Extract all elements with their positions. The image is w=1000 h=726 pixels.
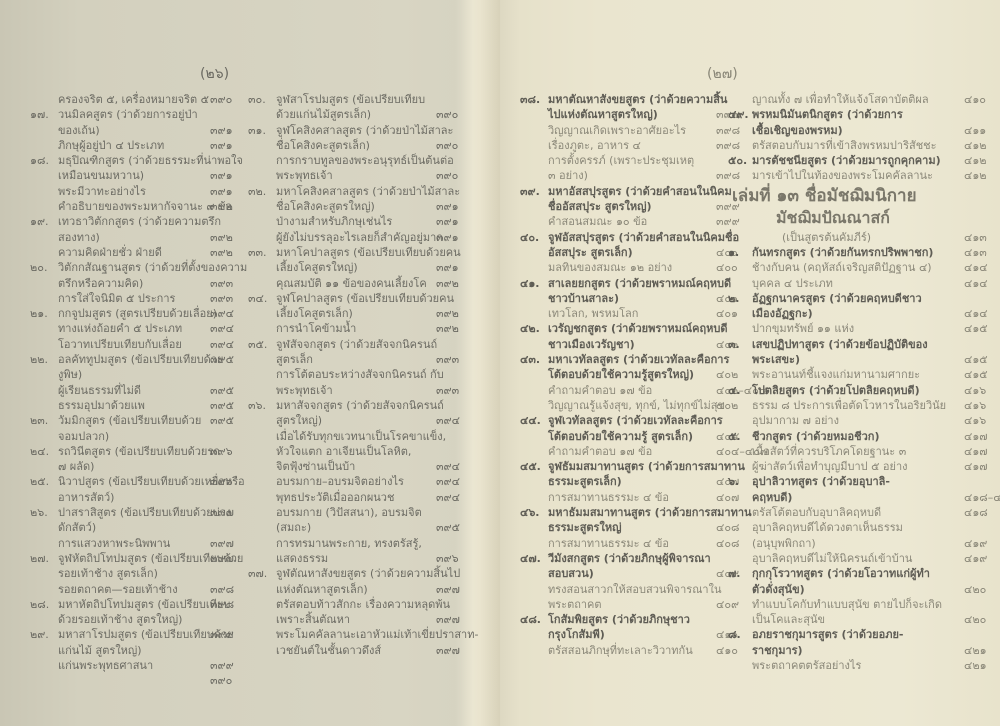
entry-title: เมื่อได้รับทุกขเวทนาเป็นโรคขาแข็ง,	[276, 429, 446, 444]
entry-title: คำถามคำตอบ ๑๗ ข้อ	[548, 444, 652, 459]
entry-number: ๓๗.	[248, 566, 267, 581]
entry-title: กุกกุโรวาทสูตร (ว่าด้วยโอวาทแก่ผู้ทำ	[752, 566, 930, 581]
entry-title: การสมาทานธรรมะ ๔ ข้อ	[548, 490, 669, 505]
toc-entry: ชื่อโคสิงคะสูตรใหญ่)๓๙๑	[248, 199, 463, 214]
toc-entry: พระเสขะ)๔๑๕	[728, 352, 943, 367]
entry-page-ref: ๓๙๐	[436, 107, 458, 122]
entry-title: อภยราชกุมารสูตร (ว่าด้วยอภย-	[752, 627, 903, 642]
entry-page-ref: ๓๙๒	[436, 321, 459, 336]
toc-entry: ๔๙.พรหมนิมันตนิกสูตร (ว่าด้วยการ	[728, 107, 943, 122]
entry-number: ๔๖.	[520, 505, 540, 520]
toc-entry: ๑๘.มธุปิณฑิกสูตร (ว่าด้วยธรรมะที่น่าพอใจ	[30, 153, 240, 168]
entry-page-ref: ๔๑๔	[964, 306, 988, 321]
toc-entry: คำถามคำตอบ ๑๗ ข้อ๔๐๒–๔๐๔	[520, 383, 740, 398]
toc-entry: ๔๓.มหาเวทัลลสูตร (ว่าด้วยเวทัลละคือการ	[520, 352, 740, 367]
entry-number: ๔๑.	[520, 276, 540, 291]
toc-entry: ๓๙.มหาอัสสปุรสูตร (ว่าด้วยคำสอนในนิคม	[520, 184, 740, 199]
entry-page-ref: ๓๙๐	[210, 673, 232, 688]
entry-title: ผู้เรียนธรรมที่ไม่ดี	[58, 383, 141, 398]
toc-entry: หัวใจแตก อาเจียนเป็นโลหิต,	[248, 444, 463, 459]
entry-page-ref: ๔๑๕	[964, 321, 988, 336]
toc-entry: โต้ตอบด้วยใช้ความรู้สูตรใหญ่)๔๐๒	[520, 367, 740, 382]
entry-title: ธรรมะสูตรเล็ก)	[548, 474, 622, 489]
entry-page-ref: ๓๙๘	[210, 597, 234, 612]
toc-entry: คำสอนสมณะ ๑๐ ข้อ๓๙๙	[520, 214, 740, 229]
toc-entry: ๔๕.จูฬธัมมสมาทานสูตร (ว่าด้วยการสมาทาน	[520, 459, 740, 474]
toc-entry: ปากขุมทรัพย์ ๑๑ แห่ง๔๑๕	[728, 321, 943, 336]
entry-title: ดักสัตว์)	[58, 520, 96, 535]
entry-title: ตรัสโต้ตอบกับอุบาลิคฤหบดี	[752, 505, 881, 520]
entry-page-ref: ๔๑๒	[964, 168, 987, 183]
toc-entry: แห่งตัณหาสูตรเล็ก)๓๙๗	[248, 582, 463, 597]
toc-entry: เลี้ยงโคสูตรใหญ่)๓๙๑	[248, 260, 463, 275]
entry-page-ref: ๓๙๔	[436, 413, 460, 428]
entry-title: เสขปฏิปทาสูตร (ว่าด้วยข้อปฏิบัติของ	[752, 337, 928, 352]
entry-page-ref: ๔๒๑	[964, 643, 987, 658]
entry-title: การใส่ใจนิมิต ๕ ประการ	[58, 291, 175, 306]
toc-entry: เทวโลก, พรหมโลก๔๐๑	[520, 306, 740, 321]
toc-entry: การแสวงหาพระนิพพาน๓๙๗	[30, 536, 240, 551]
entry-title: พระตถาคตตรัสอย่างไร	[752, 658, 861, 673]
toc-entry: ๒๓.วัมมิกสูตร (ข้อเปรียบเทียบด้วย๓๙๕	[30, 413, 240, 428]
entry-title: โกสัมพิยสูตร (ว่าด้วยภิกษุชาว	[548, 612, 690, 627]
entry-title: เลี้ยงโคสูตรใหญ่)	[276, 260, 358, 275]
entry-title: มารเข้าไปในท้องของพระโมคคัลลานะ	[752, 168, 933, 183]
entry-number: ๔๓.	[520, 352, 540, 367]
toc-entry: ชาวเมืองเวรัญชา)๔๐๒	[520, 337, 740, 352]
toc-entry: ๓๒.มหาโคสิงคสาลสูตร (ว่าด้วยป่าไม้สาละ	[248, 184, 463, 199]
entry-title: บุคคล ๔ ประเภท	[752, 276, 833, 291]
entry-title: แห่งตัณหาสูตรเล็ก)	[276, 582, 368, 597]
toc-entry: ชื่ออัสสปุระ สูตรใหญ่)๓๙๙	[520, 199, 740, 214]
toc-entry: แก่นพระพุทธศาสนา๓๙๙	[30, 658, 240, 673]
toc-entry: ไปแห่งตัณหาสูตรใหญ่)๓๙๗	[520, 107, 740, 122]
entry-title: วีมังสกสูตร (ว่าด้วยภิกษุผู้พิจารณา	[548, 551, 711, 566]
entry-page-ref: ๓๙๗	[436, 643, 460, 658]
entry-page-ref: ๓๙๙	[210, 658, 234, 673]
entry-number: ๑๙.	[30, 214, 49, 229]
entry-title: ผู้ฆ่าสัตว์เพื่อทำบุญมีบาป ๕ อย่าง	[752, 459, 908, 474]
entry-title: ชาวบ้านสาละ)	[548, 291, 619, 306]
toc-entry: พระพุทธเจ้า๓๙๓	[248, 383, 463, 398]
toc-entry: วิญญาณเกิดเพราะอาศัยอะไร๓๙๘	[520, 123, 740, 138]
toc-entry: ช้างกับคน (คฤหัสถ์เจริญสติปัฏฐาน ๔)๔๑๔	[728, 260, 943, 275]
volume-subtitle: มัชฌิมปัณณาสก์	[776, 207, 972, 229]
entry-number: ๓๘.	[520, 92, 540, 107]
toc-entry: ๒๑.กกจูปมสูตร (สูตรเปรียบด้วยเลื่อย)๓๙๔	[30, 306, 240, 321]
toc-entry: ๒.อัฏฐกนาครสูตร (ว่าด้วยคฤหบดีชาว	[728, 291, 943, 306]
toc-entry: (เป็นสูตรต้นคัมภีร์)๔๑๓	[728, 230, 943, 245]
toc-entry: ๓๘.มหาตัณหาสังขยสูตร (ว่าด้วยความสิ้น	[520, 92, 740, 107]
entry-title: พระพุทธเจ้า	[276, 383, 333, 398]
toc-entry: ๓๙๐	[30, 673, 240, 688]
toc-entry: ๗ ผลัด)	[30, 459, 240, 474]
entry-title: ทำแบบโคกับทำแบบสุนัข ตายไปก็จะเกิด	[752, 597, 942, 612]
entry-title: แสดงธรรม	[276, 551, 328, 566]
entry-title: จิตฟุ้งซ่านเป็นบ้า	[276, 459, 355, 474]
toc-entry: ๒๗.จูฬหัตถิปโทปมสูตร (ข้อเปรียบเทียบด้วย…	[30, 551, 240, 566]
toc-entry: ๔๑.สาเลยยกสูตร (ว่าด้วยพราหมณ์คฤหบดี	[520, 276, 740, 291]
entry-title: ชื่อโคสิงคะสูตรเล็ก)	[276, 138, 370, 153]
entry-number: ๕๐.	[728, 153, 747, 168]
entry-title: (เป็นสูตรต้นคัมภีร์)	[782, 230, 871, 245]
toc-entry: พระตถาคตตรัสอย่างไร๔๒๑	[728, 658, 943, 673]
entry-page-ref: ๔๑๔	[964, 276, 988, 291]
entry-title: ปากขุมทรัพย์ ๑๑ แห่ง	[752, 321, 854, 336]
entry-number: ๒๕.	[30, 474, 49, 489]
toc-entry: ผู้เรียนธรรมที่ไม่ดี๓๙๕	[30, 383, 240, 398]
entry-title: จูฬโคสิงคสาลสูตร (ว่าด้วยป่าไม้สาละ	[276, 123, 453, 138]
entry-title: สอบสวน)	[548, 566, 594, 581]
entry-title: โต้ตอบด้วยใช้ความรู้สูตรใหญ่)	[548, 367, 694, 382]
entry-title: เลี้ยงโคสูตรเล็ก)	[276, 306, 353, 321]
toc-entry: การกราบทูลของพระอนุรุทธ์เป็นต้นต่อ	[248, 153, 463, 168]
entry-title: ตรัสตอบท้าวสักกะ เรื่องความหลุดพ้น	[276, 597, 450, 612]
toc-entry: ๓๕.จูฬสัจจกสูตร (ว่าด้วยสัจจกนิครนถ์	[248, 337, 463, 352]
entry-page-ref: ๔๑๙	[964, 551, 987, 566]
entry-title: ธรรม ๘ ประการเพื่อตัดโวหารในอริยวินัย	[752, 398, 946, 413]
toc-entry: บุคคล ๔ ประเภท๔๑๔	[728, 276, 943, 291]
toc-entry: พระพุทธเจ้า๓๙๐	[248, 168, 463, 183]
entry-number: ๔.	[728, 383, 741, 398]
toc-entry: ๓ อย่าง)๓๙๘	[520, 168, 740, 183]
entry-title: (สมถะ)	[276, 520, 311, 535]
entry-title: รถวินีตสูตร (ข้อเปรียบเทียบด้วยรถ	[58, 444, 220, 459]
toc-entry: ชื่อโคสิงคะสูตรเล็ก)๓๙๐	[248, 138, 463, 153]
toc-entry: เวชยันต์ในชั้นดาวดึงส์๓๙๗	[248, 643, 463, 658]
section-heading: เล่มที่ ๑๓ ชื่อมัชฌิมนิกาย มัชฌิมปัณณาสก…	[732, 185, 972, 229]
entry-title: ป่างามสำหรับภิกษุเช่นไร	[276, 214, 392, 229]
entry-title: กกจูปมสูตร (สูตรเปรียบด้วยเลื่อย)	[58, 306, 217, 321]
entry-title: การทรมานพระกาย, ทรงตรัสรู้,	[276, 536, 422, 551]
entry-title: เมืองอัฏฐกะ)	[752, 306, 813, 321]
toc-entry: เรื่องภูตะ, อาหาร ๔๓๙๘	[520, 138, 740, 153]
entry-number: ๓๙.	[520, 184, 540, 199]
toc-entry: รอยตถาคต—รอยเท้าช้าง๓๙๘	[30, 582, 240, 597]
entry-title: ไปแห่งตัณหาสูตรใหญ่)	[548, 107, 658, 122]
entry-page-ref: ๓๙๓	[210, 291, 233, 306]
entry-page-ref: ๔๑๗	[964, 459, 988, 474]
toc-entry: การโต้ตอบระหว่างสัจจกนิครนถ์ กับ	[248, 367, 463, 382]
entry-title: การนำโคข้ามน้ำ	[276, 321, 356, 336]
entry-title: มธุปิณฑิกสูตร (ว่าด้วยธรรมะที่น่าพอใจ	[58, 153, 243, 168]
entry-title: โต้ตอบด้วยใช้ความรู้ สูตรเล็ก)	[548, 429, 693, 444]
toc-entry: ๓.เสขปฏิปทาสูตร (ว่าด้วยข้อปฏิบัติของ	[728, 337, 943, 352]
entry-title: การตั้งครรภ์ (เพราะประชุมเหตุ	[548, 153, 694, 168]
toc-entry: ๖.อุปาลิวาทสูตร (ว่าด้วยอุบาลิ-	[728, 474, 943, 489]
entry-page-ref: ๔๑๖	[964, 398, 986, 413]
entry-page-ref: ๓๙๗	[210, 536, 234, 551]
toc-entry: ธรรมอุปมาด้วยแพ๓๙๕	[30, 398, 240, 413]
toc-entry: ด้วยแก่นไม้สูตรเล็ก)๓๙๐	[248, 107, 463, 122]
entry-page-ref: ๔๑๕	[964, 352, 988, 367]
toc-entry: ๗.กุกกุโรวาทสูตร (ว่าด้วยโอวาทแก่ผู้ทำ	[728, 566, 943, 581]
entry-title: เทวธาวิตักกสูตร (ว่าด้วยความตรึก	[58, 214, 221, 229]
entry-title: ชื่ออัสสปุระ สูตรใหญ่)	[548, 199, 652, 214]
entry-number: ๓๐.	[248, 92, 266, 107]
right-page: (๒๗) ๓๘.มหาตัณหาสังขยสูตร (ว่าด้วยความสิ…	[500, 0, 1000, 726]
toc-entry: ๒๘.มหาหัตถิปโทปมสูตร (ข้อเปรียบเทียบ๓๙๘	[30, 597, 240, 612]
entry-title: ชาวเมืองเวรัญชา)	[548, 337, 635, 352]
entry-number: ๒๙.	[30, 627, 49, 642]
entry-number: ๒.	[728, 291, 739, 306]
toc-entry: ด้วยรอยเท้าช้าง สูตรใหญ่)	[30, 612, 240, 627]
entry-title: การโต้ตอบระหว่างสัจจกนิครนถ์ กับ	[276, 367, 444, 382]
entry-title: สองทาง)	[58, 230, 100, 245]
entry-title: อาหารสัตว์)	[58, 490, 114, 505]
entry-page-ref: ๓๙๔	[436, 474, 460, 489]
entry-title: มหาธัมมสมาทานสูตร (ว่าด้วยการสมาทาน	[548, 505, 752, 520]
toc-entry: ๔๔.จูฬเวทัลลสูตร (ว่าด้วยเวทัลละคือการ	[520, 413, 740, 428]
entry-title: วิตักกสัณฐานสูตร (ว่าด้วยที่ตั้งของความ	[58, 260, 247, 275]
toc-entry: การนำโคข้ามน้ำ๓๙๒	[248, 321, 463, 336]
entry-page-ref: ๓๙๑	[210, 184, 233, 199]
toc-entry: ทำแบบโคกับทำแบบสุนัข ตายไปก็จะเกิด	[728, 597, 943, 612]
toc-entry: ตัวดั่งสุนัข)๔๒๐	[728, 582, 943, 597]
entry-number: ๔๔.	[520, 413, 541, 428]
toc-entry: อุบาลิคฤหบดีไม่ให้นิครนถ์เข้าบ้าน๔๑๙	[728, 551, 943, 566]
toc-entry: ๒๖.ปาสราสิสูตร (ข้อเปรียบเทียบด้วยบ่วง๓๙…	[30, 505, 240, 520]
entry-number: ๒๗.	[30, 551, 49, 566]
toc-entry: เนื้อสัตว์ที่ควรบริโภคโดยฐานะ ๓๔๑๗	[728, 444, 943, 459]
toc-entry: อบรมกาย–อบรมจิตอย่างไร๓๙๔	[248, 474, 463, 489]
toc-entry: ดักสัตว์)	[30, 520, 240, 535]
entry-page-ref: ๔๑๓	[964, 230, 987, 245]
toc-entry: การสมาทานธรรมะ ๔ ข้อ๔๐๗	[520, 490, 740, 505]
entry-title: ปาสราสิสูตร (ข้อเปรียบเทียบด้วยบ่วง	[58, 505, 231, 520]
entry-title: มหาเวทัลลสูตร (ว่าด้วยเวทัลละคือการ	[548, 352, 729, 367]
entry-number: ๒๓.	[30, 413, 48, 428]
toc-entry: ๒๕.นิวาปสูตร (ข้อเปรียบเทียบด้วยเหยื่อหร…	[30, 474, 240, 489]
entry-page-ref: ๓๙๖	[210, 474, 233, 489]
entry-number: ๑๗.	[30, 107, 49, 122]
entry-title: สูตรใหญ่)	[276, 413, 322, 428]
toc-entry: ตรัสสอนภิกษุที่ทะเลาะวิวาทกัน๔๑๐	[520, 643, 740, 658]
entry-page-ref: ๓๙๔	[210, 321, 234, 336]
toc-entry: ๑๗.วนมิลคสูตร (ว่าด้วยการอยู่ป่า	[30, 107, 240, 122]
entry-page-ref: ๓๙๕	[210, 383, 234, 398]
entry-title: ราชกุมาร)	[752, 643, 803, 658]
toc-entry: พระตถาคต๔๐๙	[520, 597, 740, 612]
entry-page-ref: ๓๙๓	[210, 276, 233, 291]
toc-entry: พระโมคคัลลานะเอาหัวแม่เท้าเขี่ยปราสาท-	[248, 627, 463, 642]
entry-page-ref: ๓๙๑	[436, 199, 459, 214]
entry-page-ref: ๓๙๖	[436, 551, 459, 566]
toc-entry: อุปมากาม ๗ อย่าง๔๑๖	[728, 413, 943, 428]
entry-page-ref: ๓๙๒	[210, 245, 233, 260]
entry-page-ref: ๓๙๗	[436, 582, 460, 597]
entry-title: เชื้อเชิญของพรหม)	[752, 123, 843, 138]
entry-number: ๓๔.	[248, 291, 267, 306]
entry-title: จูฬตัณหาสังขยสูตร (ว่าด้วยความสิ้นไป	[276, 566, 460, 581]
entry-title: อุบาลิคฤหบดีไม่ให้นิครนถ์เข้าบ้าน	[752, 551, 912, 566]
entry-page-ref: ๔๑๖	[964, 413, 986, 428]
entry-title: ญาณทั้ง ๗ เพื่อทำให้แจ้งโสดาบัตติผล	[752, 92, 929, 107]
toc-entry: การสมาทานธรรมะ ๔ ข้อ๔๐๘	[520, 536, 740, 551]
entry-title: พุทธประวัติเมื่อออกผนวช	[276, 490, 394, 505]
entry-title: อัสสปุระ สูตรเล็ก)	[548, 245, 633, 260]
toc-entry: อุบาลิคฤหบดีได้ดวงตาเห็นธรรม	[728, 520, 943, 535]
entry-title: เป็นโคและสุนัข	[752, 612, 825, 627]
toc-entry: ๒๒.อลคัททูปมสูตร (ข้อเปรียบเทียบด้วย๓๙๕	[30, 352, 240, 367]
toc-entry: (อนุบุพพิกถา)๔๑๙	[728, 536, 943, 551]
entry-title: วิญญาณรู้แจ้งสุข, ทุกข์, ไม่ทุกข์ไม่สุข	[548, 398, 725, 413]
entry-title: แก่นไม้ สูตรใหญ่)	[58, 643, 142, 658]
toc-entry: ๓๖.มหาสัจจกสูตร (ว่าด้วยสัจจกนิครนถ์	[248, 398, 463, 413]
entry-page-ref: ๔๑๗	[964, 444, 988, 459]
entry-title: ธรรมะสูตรใหญ่	[548, 520, 621, 535]
toc-entry: เพราะสิ้นตัณหา๓๙๗	[248, 612, 463, 627]
toc-entry: ๔๐.จูฬอัสสปุรสูตร (ว่าด้วยคำสอนในนิคมชื่…	[520, 230, 740, 245]
entry-title: เวชยันต์ในชั้นดาวดึงส์	[276, 643, 381, 658]
toc-entry: ตรัสตอบกับมารที่เข้าสิงพรหมปาริสัชชะ๔๑๒	[728, 138, 943, 153]
entry-title: คำสอนสมณะ ๑๐ ข้อ	[548, 214, 647, 229]
entry-number: ๖.	[728, 474, 739, 489]
toc-entry: ๒๙.มหาสาโรปมสูตร (ข้อเปรียบเทียบด้วย๓๙๙	[30, 627, 240, 642]
toc-entry: ๒๐.วิตักกสัณฐานสูตร (ว่าด้วยที่ตั้งของคว…	[30, 260, 240, 275]
entry-number: ๓๕.	[248, 337, 267, 352]
toc-entry: จอมปลวก)	[30, 429, 240, 444]
entry-page-ref: ๓๙๑	[436, 214, 459, 229]
toc-entry: เมื่อได้รับทุกขเวทนาเป็นโรคขาแข็ง,	[248, 429, 463, 444]
entry-title: จอมปลวก)	[58, 429, 109, 444]
entry-title: กรุงโกสัมพี)	[548, 627, 605, 642]
entry-title: จูฬสาโรปมสูตร (ข้อเปรียบเทียบ	[276, 92, 425, 107]
entry-title: ชีวกสูตร (ว่าด้วยหมอชีวก)	[752, 429, 879, 444]
entry-title: ตรัสสอนภิกษุที่ทะเลาะวิวาทกัน	[548, 643, 693, 658]
toc-entry: ๓๔.จูฬโคปาลสูตร (ข้อเปรียบเทียบด้วยคน	[248, 291, 463, 306]
entry-title: พระมีวาทะอย่างไร	[58, 184, 146, 199]
toc-entry: เชื้อเชิญของพรหม)๔๑๑	[728, 123, 943, 138]
toc-entry: เป็นโคและสุนัข๔๒๐	[728, 612, 943, 627]
entry-title: มหาอัสสปุรสูตร (ว่าด้วยคำสอนในนิคม	[548, 184, 732, 199]
entry-page-ref: ๓๙๔	[436, 490, 460, 505]
entry-page-ref: ๓๙๑	[210, 168, 233, 183]
entry-page-ref: ๔๑๑	[964, 123, 986, 138]
toc-entry: ๓๑.จูฬโคสิงคสาลสูตร (ว่าด้วยป่าไม้สาละ	[248, 123, 463, 138]
entry-page-ref: ๓๙๔	[436, 459, 460, 474]
entry-title: สาเลยยกสูตร (ว่าด้วยพราหมณ์คฤหบดี	[548, 276, 731, 291]
entry-page-ref: ๓๙๕	[210, 398, 234, 413]
toc-entry: คุณสมบัติ ๑๑ ข้อของคนเลี้ยงโค๓๙๒	[248, 276, 463, 291]
toc-entry: รอยเท้าช้าง สูตรเล็ก)	[30, 566, 240, 581]
entry-number: ๔๒.	[520, 321, 540, 336]
entry-title: แก่นพระพุทธศาสนา	[58, 658, 153, 673]
toc-entry: เมืองอัฏฐกะ)๔๑๔	[728, 306, 943, 321]
entry-number: ๑๘.	[30, 153, 49, 168]
entry-title: อบรมกาย–อบรมจิตอย่างไร	[276, 474, 404, 489]
toc-column-1: ครองจริต ๕, เครื่องหมายจริต ๕๓๙๐๑๗.วนมิล…	[30, 92, 240, 689]
toc-entry: สอบสวน)๔๐๙	[520, 566, 740, 581]
toc-entry: สูตรเล็ก๓๙๓	[248, 352, 463, 367]
toc-entry: มลทินของสมณะ ๑๒ อย่าง๔๐๐	[520, 260, 740, 275]
toc-entry: ๓๓.มหาโคปาลสูตร (ข้อเปรียบเทียบด้วยคน	[248, 245, 463, 260]
entry-page-ref: ๔๑๖	[964, 383, 986, 398]
entry-number: ๔๙.	[728, 107, 749, 122]
entry-title: มลทินของสมณะ ๑๒ อย่าง	[548, 260, 672, 275]
toc-entry: ๔๘.โกสัมพิยสูตร (ว่าด้วยภิกษุชาว	[520, 612, 740, 627]
entry-page-ref: ๓๙๘	[210, 582, 234, 597]
toc-entry: ๕.ชีวกสูตร (ว่าด้วยหมอชีวก)๔๑๗	[728, 429, 943, 444]
toc-entry: ธรรมะสูตรเล็ก)๔๐๗	[520, 474, 740, 489]
entry-page-ref: ๔๑๒	[964, 153, 987, 168]
entry-page-ref: ๓๙๗	[210, 551, 234, 566]
entry-number: ๒๑.	[30, 306, 48, 321]
entry-title: คฤหบดี)	[752, 490, 792, 505]
entry-number: ๒๔.	[30, 444, 49, 459]
entry-title: พระอานนท์ชี้แจงแก่มหานามศากยะ	[752, 367, 920, 382]
entry-page-ref: ๔๑๓	[964, 245, 987, 260]
entry-number: ๔๕.	[520, 459, 541, 474]
entry-title: ๓ อย่าง)	[548, 168, 588, 183]
toc-entry: อัสสปุระ สูตรเล็ก)๔๐๐	[520, 245, 740, 260]
toc-entry: การตั้งครรภ์ (เพราะประชุมเหตุ	[520, 153, 740, 168]
entry-page-ref: ๓๙๓	[436, 352, 459, 367]
entry-title: พระตถาคต	[548, 597, 602, 612]
toc-entry: (สมถะ)๓๙๕	[248, 520, 463, 535]
entry-number: ๕.	[728, 429, 741, 444]
toc-entry: เลี้ยงโคสูตรเล็ก)๓๙๒	[248, 306, 463, 321]
entry-page-ref: ๓๙๔	[210, 306, 234, 321]
toc-entry: อาหารสัตว์)	[30, 490, 240, 505]
entry-title: ชื่อโคสิงคะสูตรใหญ่)	[276, 199, 375, 214]
toc-entry: ทางแห่งถ้อยคำ ๕ ประเภท๓๙๔	[30, 321, 240, 336]
entry-page-ref: ๓๙๐	[436, 168, 458, 183]
entry-title: ตรัสตอบกับมารที่เข้าสิงพรหมปาริสัชชะ	[752, 138, 937, 153]
entry-title: ธรรมอุปมาด้วยแพ	[58, 398, 145, 413]
toc-entry: แสดงธรรม๓๙๖	[248, 551, 463, 566]
entry-title: คำอธิบายของพระมหากัจจานะ ๙ ข้อ	[58, 199, 232, 214]
entry-title: ทรงสอนสาวกให้สอบสวนพิจารณาใน	[548, 582, 722, 597]
page-number: (๒๗)	[707, 63, 738, 85]
entry-page-ref: ๔๑๗	[964, 429, 988, 444]
entry-title: ด้วยแก่นไม้สูตรเล็ก)	[276, 107, 371, 122]
entry-page-ref: ๔๑๔	[964, 260, 988, 275]
toc-entry: ๓๗.จูฬตัณหาสังขยสูตร (ว่าด้วยความสิ้นไป	[248, 566, 463, 581]
toc-entry: สองทาง)๓๙๒	[30, 230, 240, 245]
toc-entry: เหมือนขนมหวาน)๓๙๑	[30, 168, 240, 183]
entry-page-ref: ๔๑๘–๔๒๐	[964, 490, 1000, 505]
entry-title: เนื้อสัตว์ที่ควรบริโภคโดยฐานะ ๓	[752, 444, 906, 459]
entry-number: ๓๖.	[248, 398, 266, 413]
entry-page-ref: ๓๙๕	[210, 352, 234, 367]
entry-page-ref: ๓๙๕	[210, 413, 234, 428]
entry-title: งูพิษ)	[58, 367, 82, 382]
toc-entry: ๒๔.รถวินีตสูตร (ข้อเปรียบเทียบด้วยรถ๓๙๖	[30, 444, 240, 459]
entry-page-ref: ๓๙๗	[436, 612, 460, 627]
entry-title: มหาตัณหาสังขยสูตร (ว่าด้วยความสิ้น	[548, 92, 727, 107]
entry-page-ref: ๓๙๕	[436, 520, 460, 535]
toc-entry: โต้ตอบด้วยใช้ความรู้ สูตรเล็ก)๔๐๔	[520, 429, 740, 444]
toc-entry: ตรึกหรือความคิด)๓๙๓	[30, 276, 240, 291]
entry-title: ภิกษุผู้อยู่ป่า ๔ ประเภท	[58, 138, 164, 153]
toc-entry: ภิกษุผู้อยู่ป่า ๔ ประเภท๓๙๑	[30, 138, 240, 153]
toc-entry: ญาณทั้ง ๗ เพื่อทำให้แจ้งโสดาบัตติผล๔๑๐	[728, 92, 943, 107]
entry-title: ทางแห่งถ้อยคำ ๕ ประเภท	[58, 321, 182, 336]
entry-title: โปตลิยสูตร (ว่าด้วยโปตลิยคฤหบดี)	[752, 383, 920, 398]
toc-entry: กรุงโกสัมพี)๔๑๐	[520, 627, 740, 642]
entry-title: จูฬเวทัลลสูตร (ว่าด้วยเวทัลละคือการ	[548, 413, 723, 428]
entry-page-ref: ๓๙๐	[210, 92, 232, 107]
toc-entry: ๕๐.มารตัชชนียสูตร (ว่าด้วยมารถูกคุกคาม)๔…	[728, 153, 943, 168]
toc-entry: ธรรมะสูตรใหญ่๔๐๘	[520, 520, 740, 535]
entry-number: ๓๑.	[248, 123, 266, 138]
toc-entry: ๑๙.เทวธาวิตักกสูตร (ว่าด้วยความตรึก	[30, 214, 240, 229]
entry-page-ref: ๓๙๙	[210, 627, 234, 642]
entry-title: โอวาทเปรียบเทียบกับเลื่อย	[58, 337, 182, 352]
entry-title: อุปาลิวาทสูตร (ว่าด้วยอุบาลิ-	[752, 474, 890, 489]
entry-number: ๘.	[728, 627, 741, 642]
